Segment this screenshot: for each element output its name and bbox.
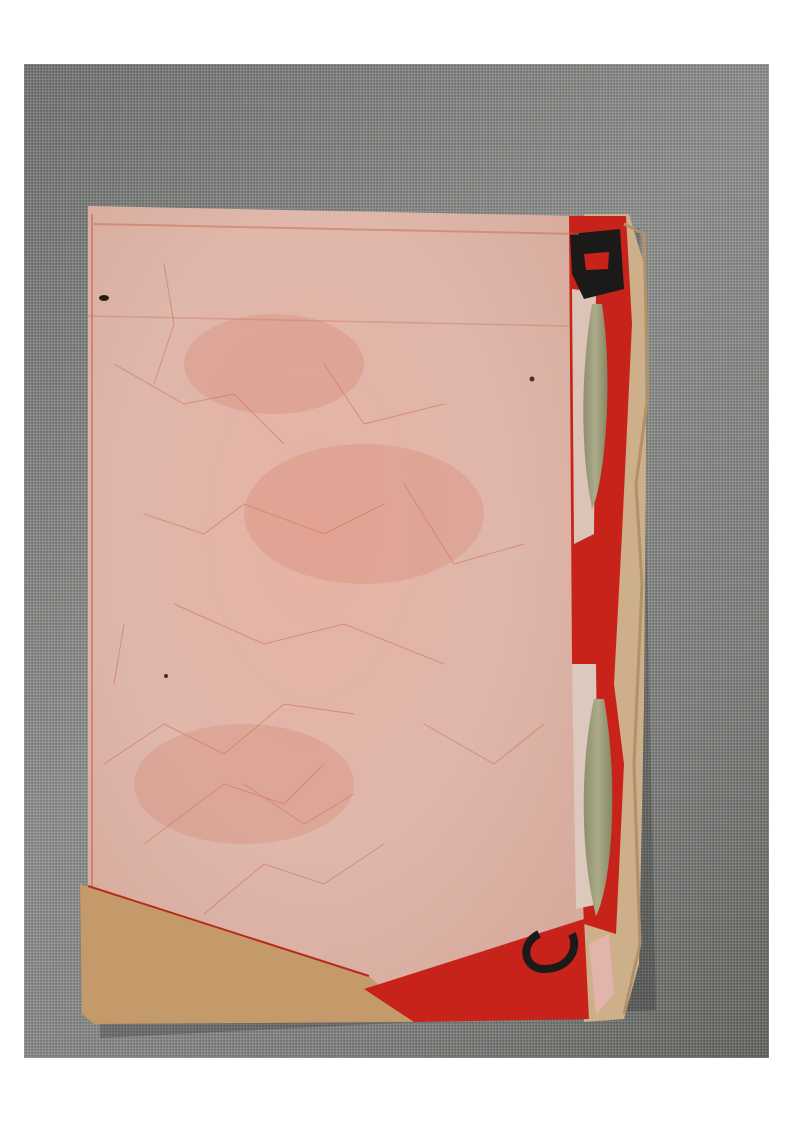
red-stain-marks xyxy=(24,64,769,1058)
fabric-background xyxy=(24,64,769,1058)
